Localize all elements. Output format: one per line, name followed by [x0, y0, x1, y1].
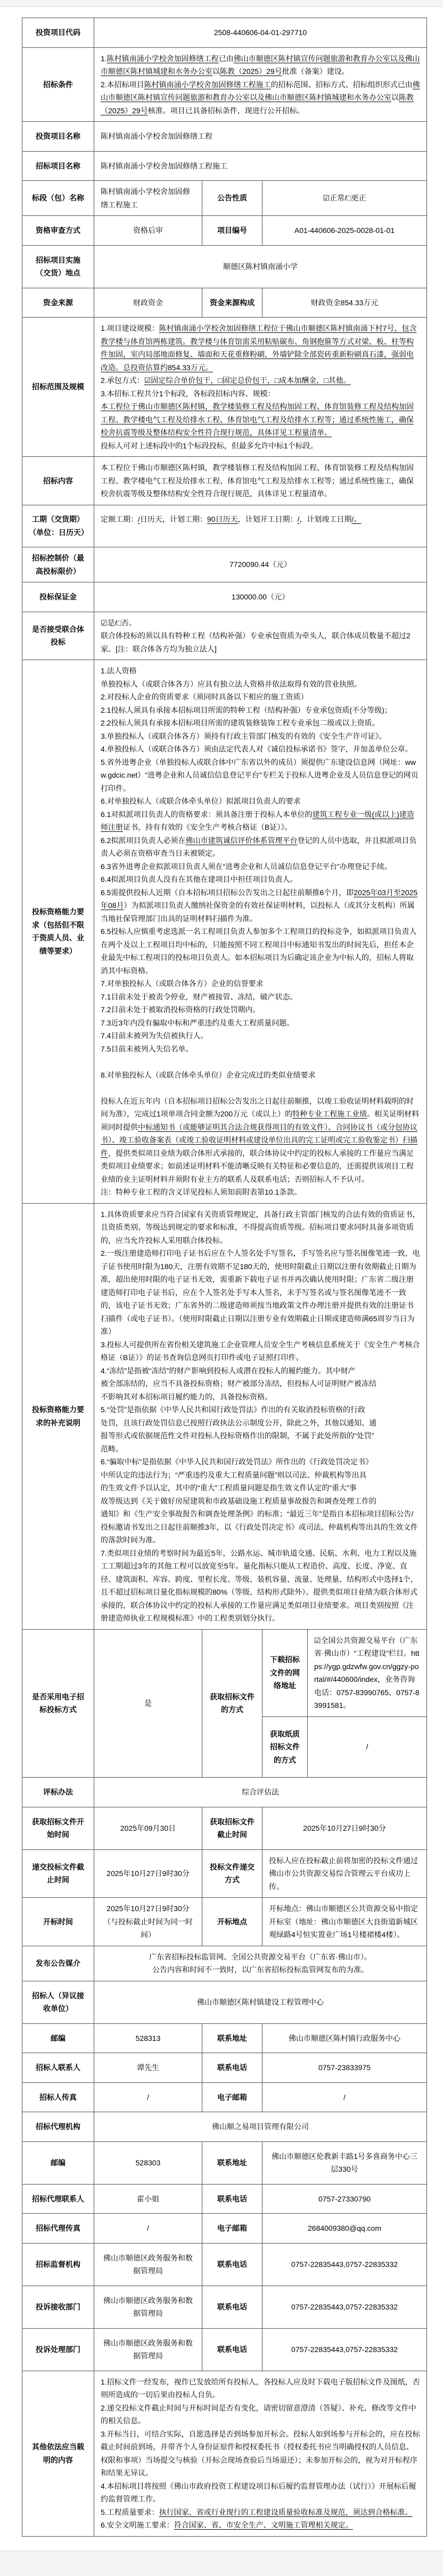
- row-obtain-times: 获取招标文件开始时间 2025年09月30日 获取招标文件截止时间 2025年1…: [22, 1807, 427, 1849]
- tenderer-phone-label: 联系电话: [202, 2053, 262, 2083]
- row-supervision: 招标监督机构 佛山市顺德区政务服务和数据管理局 联系电话 0757-228354…: [22, 2243, 427, 2286]
- control-price-value: 7720090.44（元）: [94, 547, 427, 582]
- other-content-value: 1.招标文件一经发布，视作已发放给所有投标人，各投标人应及时下载电子版招标文件及…: [94, 2371, 427, 2536]
- row-opening: 开标时间 2025年10月27日9时30分（与投标截止时间为同一时间） 开标地点…: [22, 1898, 427, 1946]
- qualification-supplement-value: 1.具体资质要求应当符合国家有关资质管理规定，具备行政主管部门核发的合法有效的资…: [94, 1203, 427, 1629]
- investment-project-name-value: 陈村镇南涌小学校舍加固修缮工程: [94, 122, 427, 152]
- content-value: 本工程位于佛山市顺德区陈村镇，教学楼装修工程及结构加固工程、体育馆装修工程及结构…: [94, 457, 427, 505]
- row-qualification-requirements: 投标资格能力要求（包括但不限于资质人员、业绩等要求） 1.法人资格单独投标人（或…: [22, 660, 427, 1204]
- obtain-start-label: 获取招标文件开始时间: [22, 1807, 94, 1849]
- fund-composition-value: 财政资金854.33万元: [262, 288, 427, 318]
- row-tender-conditions: 招标条件 1.陈村镇南涌小学校舍加固修缮工程已由佛山市顺德区陈村镇宣传问题旅游和…: [22, 47, 427, 122]
- tender-notice-document: 投资项目代码 2508-440606-04-01-297710 招标条件 1.陈…: [0, 7, 443, 2550]
- submission-deadline-label: 递交投标文件截止时间: [22, 1849, 94, 1898]
- opening-place-label: 开标地点: [202, 1898, 262, 1946]
- tenderer-contact-value: 谭先生: [94, 2053, 202, 2083]
- electronic-bidding-value: 是: [94, 1629, 202, 1778]
- scope-value: 1.项目建设规模：陈村镇南涌小学校舍加固修缮工程位于佛山市顺德区陈村镇南涌下村7…: [94, 318, 427, 457]
- complaint-handling-phone-value: 0757-22835443,0757-22835332: [262, 2328, 427, 2371]
- row-fund-source: 资金来源 财政资金 资金来源构成 财政资金854.33万元: [22, 288, 427, 318]
- announcement-media-label: 发布公告媒介: [22, 1946, 94, 1981]
- complaint-receiving-phone-value: 0757-22835443,0757-22835332: [262, 2286, 427, 2328]
- qualification-review-label: 资格审查方式: [22, 216, 94, 246]
- row-evaluation-method: 评标办法 综合评估法: [22, 1778, 427, 1807]
- row-tenderer-contact: 招标人联系人 谭先生 联系电话 0757-23833975: [22, 2053, 427, 2083]
- complaint-receiving-phone-label: 联系电话: [202, 2286, 262, 2328]
- agency-contact-value: 霍小姐: [94, 2184, 202, 2214]
- tenderer-email-label: 电子邮箱: [202, 2082, 262, 2112]
- row-submission: 递交投标文件截止时间 2025年10月27日9时30分 投标文件递交方式 投标人…: [22, 1849, 427, 1898]
- agency-fax-value: /: [94, 2214, 202, 2244]
- row-bid-bond: 投标保证金 130000.00（元）: [22, 582, 427, 612]
- project-number-label: 项目编号: [202, 216, 262, 246]
- complaint-handling-phone-label: 联系电话: [202, 2328, 262, 2371]
- duration-value: 定额工期：/日历天，计划工期：90日历天，计划开工日期：/，计划竣工日期/。: [94, 505, 427, 547]
- row-control-price: 招标控制价（最高投标限价） 7720090.44（元）: [22, 547, 427, 582]
- agency-address-label: 联系地址: [202, 2141, 262, 2184]
- other-content-label: 其他依法应当载明的内容: [22, 2371, 94, 2536]
- row-announcement-media: 发布公告媒介 广东省招标投标监管网、全国公共资源交易平台（广东省·佛山市）。公告…: [22, 1946, 427, 1981]
- opening-time-label: 开标时间: [22, 1898, 94, 1946]
- row-agency-contact: 招标代理联系人 霍小姐 联系电话 0757-27330790: [22, 2184, 427, 2214]
- tenderer-email-value: /: [262, 2082, 427, 2112]
- consortium-label: 是否接受联合体投标: [22, 612, 94, 660]
- opening-time-value: 2025年10月27日9时30分（与投标截止时间为同一时间）: [94, 1898, 202, 1946]
- tender-conditions-value: 1.陈村镇南涌小学校舍加固修缮工程已由佛山市顺德区陈村镇宣传问题旅游和教育办公室…: [94, 47, 427, 122]
- row-investment-project-name: 投资项目名称 陈村镇南涌小学校舍加固修缮工程: [22, 122, 427, 152]
- row-location: 招标项目实施（交货）地点 顺德区陈村镇南涌小学: [22, 245, 427, 288]
- tenderer-fax-value: /: [94, 2082, 202, 2112]
- row-investment-code: 投资项目代码 2508-440606-04-01-297710: [22, 18, 427, 48]
- tenderer-label: 招标人（异议接收单位）: [22, 1981, 94, 2023]
- obtain-start-value: 2025年09月30日: [94, 1807, 202, 1849]
- location-value: 顺德区陈村镇南涌小学: [94, 245, 427, 288]
- row-agency: 招标代理机构 佛山顺之易项目管理有限公司: [22, 2112, 427, 2142]
- obtain-paper-label: 获取纸质招标文件的方式: [262, 1716, 308, 1778]
- section-name-value: 陈村镇南涌小学校舍加固修缮工程施工: [94, 181, 202, 216]
- investment-project-name-label: 投资项目名称: [22, 122, 94, 152]
- row-complaint-handling: 投诉处理部门 佛山市顺德区政务服务和数据管理局 联系电话 0757-228354…: [22, 2328, 427, 2371]
- obtain-download-label: 下载招标文件的网络地址: [262, 1629, 308, 1716]
- project-number-value: A01-440606-2025-0028-01-01: [262, 216, 427, 246]
- agency-email-value: 2684009380@qq.com: [262, 2214, 427, 2244]
- complaint-receiving-label: 投诉接收部门: [22, 2286, 94, 2328]
- tenderer-address-label: 联系地址: [202, 2023, 262, 2053]
- agency-email-label: 电子邮箱: [202, 2214, 262, 2244]
- row-agency-postcode: 邮编 528303 联系地址 佛山市顺德区伦教新丰路1号多喜商务中心三层330号: [22, 2141, 427, 2184]
- row-qualification-review: 资格审查方式 资格后审 项目编号 A01-440606-2025-0028-01…: [22, 216, 427, 246]
- complaint-handling-label: 投诉处理部门: [22, 2328, 94, 2371]
- row-tenderer-postcode: 邮编 528313 联系地址 佛山市顺德区陈村镇行政服务中心: [22, 2023, 427, 2053]
- agency-phone-label: 联系电话: [202, 2184, 262, 2214]
- row-qualification-supplement: 投标资格能力要求的补充说明 1.具体资质要求应当符合国家有关资质管理规定，具备行…: [22, 1203, 427, 1629]
- tenderer-phone-value: 0757-23833975: [262, 2053, 427, 2083]
- agency-phone-value: 0757-27330790: [262, 2184, 427, 2214]
- tender-notice-table: 投资项目代码 2508-440606-04-01-297710 招标条件 1.陈…: [22, 18, 427, 2537]
- obtain-end-value: 2025年10月27日9时30分: [262, 1807, 427, 1849]
- announcement-media-value: 广东省招标投标监管网、全国公共资源交易平台（广东省·佛山市）。公告内容和时间不一…: [94, 1946, 427, 1981]
- row-tenderer: 招标人（异议接收单位） 佛山市顺德区陈村镇建设工程管理中心: [22, 1981, 427, 2023]
- tender-project-name-label: 招标项目名称: [22, 151, 94, 181]
- obtain-method-label: 获取招标文件的方式: [202, 1629, 262, 1778]
- location-label: 招标项目实施（交货）地点: [22, 245, 94, 288]
- qualification-requirements-value: 1.法人资格单独投标人（或联合体各方）应具有独立法人资格并依法取得有效的营业执照…: [94, 660, 427, 1204]
- fund-composition-label: 资金来源构成: [202, 288, 262, 318]
- complaint-handling-value: 佛山市顺德区政务服务和数据管理局: [94, 2328, 202, 2371]
- row-scope: 招标范围及规模 1.项目建设规模：陈村镇南涌小学校舍加固修缮工程位于佛山市顺德区…: [22, 318, 427, 457]
- fund-source-label: 资金来源: [22, 288, 94, 318]
- row-duration: 工期（交货期）（单位：日历天） 定额工期：/日历天，计划工期：90日历天，计划开…: [22, 505, 427, 547]
- tenderer-contact-label: 招标人联系人: [22, 2053, 94, 2083]
- evaluation-method-label: 评标办法: [22, 1778, 94, 1807]
- qualification-requirements-label: 投标资格能力要求（包括但不限于资质人员、业绩等要求）: [22, 660, 94, 1204]
- agency-address-value: 佛山市顺德区伦教新丰路1号多喜商务中心三层330号: [262, 2141, 427, 2184]
- investment-code-label: 投资项目代码: [22, 18, 94, 48]
- notice-nature-label: 公告性质: [202, 181, 262, 216]
- agency-contact-label: 招标代理联系人: [22, 2184, 94, 2214]
- scope-label: 招标范围及规模: [22, 318, 94, 457]
- opening-place-value: 开标地点：佛山市顺德区公共资源交易中指定开标室（地址：佛山市顺德区大良街道新城区…: [262, 1898, 427, 1946]
- row-complaint-receiving: 投诉接收部门 佛山市顺德区政务服务和数据管理局 联系电话 0757-228354…: [22, 2286, 427, 2328]
- agency-fax-label: 招标代理传真: [22, 2214, 94, 2244]
- row-tender-project-name: 招标项目名称 陈村镇南涌小学校舍加固修缮工程施工: [22, 151, 427, 181]
- page-top-strip: [0, 0, 443, 7]
- agency-postcode-value: 528303: [94, 2141, 202, 2184]
- row-consortium: 是否接受联合体投标 ☑是/□否。联合体投标的须以具有特种工程（结构补强）专业承包…: [22, 612, 427, 660]
- supervision-value: 佛山市顺德区政务服务和数据管理局: [94, 2243, 202, 2286]
- notice-nature-value: ☑正常/□更正: [262, 181, 427, 216]
- row-electronic-bidding: 是否采用电子招标投标方式 是 获取招标文件的方式 下载招标文件的网络地址 ☑全国…: [22, 1629, 427, 1716]
- electronic-bidding-label: 是否采用电子招标投标方式: [22, 1629, 94, 1778]
- complaint-receiving-value: 佛山市顺德区政务服务和数据管理局: [94, 2286, 202, 2328]
- page-footer-strip: [0, 2550, 443, 2576]
- agency-label: 招标代理机构: [22, 2112, 94, 2142]
- tenderer-fax-label: 招标人传真: [22, 2082, 94, 2112]
- supervision-phone-value: 0757-22835443,0757-22835332: [262, 2243, 427, 2286]
- obtain-end-label: 获取招标文件截止时间: [202, 1807, 262, 1849]
- submission-deadline-value: 2025年10月27日9时30分: [94, 1849, 202, 1898]
- bid-bond-label: 投标保证金: [22, 582, 94, 612]
- obtain-download-value: ☑全国公共资源交易平台（广东省·佛山市）“工程建设”栏目。https://ygp…: [308, 1629, 427, 1716]
- qualification-review-value: 资格后审: [94, 216, 202, 246]
- row-tenderer-fax: 招标人传真 / 电子邮箱 /: [22, 2082, 427, 2112]
- tender-project-name-value: 陈村镇南涌小学校舍加固修缮工程施工: [94, 151, 427, 181]
- row-content: 招标内容 本工程位于佛山市顺德区陈村镇，教学楼装修工程及结构加固工程、体育馆装修…: [22, 457, 427, 505]
- tenderer-address-value: 佛山市顺德区陈村镇行政服务中心: [262, 2023, 427, 2053]
- qualification-supplement-label: 投标资格能力要求的补充说明: [22, 1203, 94, 1629]
- agency-postcode-label: 邮编: [22, 2141, 94, 2184]
- obtain-paper-value: /: [308, 1716, 427, 1778]
- submission-method-value: 投标人应在投标截止前将加密的投标文件通过佛山市公共资源交易综合管理云平台成功上传…: [262, 1849, 427, 1898]
- supervision-label: 招标监督机构: [22, 2243, 94, 2286]
- consortium-value: ☑是/□否。联合体投标的须以具有特种工程（结构补强）专业承包资质为牵头人，联合体…: [94, 612, 427, 660]
- tender-conditions-label: 招标条件: [22, 47, 94, 122]
- control-price-label: 招标控制价（最高投标限价）: [22, 547, 94, 582]
- row-agency-fax: 招标代理传真 / 电子邮箱 2684009380@qq.com: [22, 2214, 427, 2244]
- row-section-name: 标段（包）名称 陈村镇南涌小学校舍加固修缮工程施工 公告性质 ☑正常/□更正: [22, 181, 427, 216]
- section-name-label: 标段（包）名称: [22, 181, 94, 216]
- agency-value: 佛山顺之易项目管理有限公司: [94, 2112, 427, 2142]
- submission-method-label: 投标文件递交方式: [202, 1849, 262, 1898]
- tenderer-postcode-value: 528313: [94, 2023, 202, 2053]
- tenderer-postcode-label: 邮编: [22, 2023, 94, 2053]
- investment-code-value: 2508-440606-04-01-297710: [94, 18, 427, 48]
- content-label: 招标内容: [22, 457, 94, 505]
- supervision-phone-label: 联系电话: [202, 2243, 262, 2286]
- bid-bond-value: 130000.00（元）: [94, 582, 427, 612]
- row-other-content: 其他依法应当载明的内容 1.招标文件一经发布，视作已发放给所有投标人，各投标人应…: [22, 2371, 427, 2536]
- fund-source-value: 财政资金: [94, 288, 202, 318]
- duration-label: 工期（交货期）（单位：日历天）: [22, 505, 94, 547]
- evaluation-method-value: 综合评估法: [94, 1778, 427, 1807]
- tenderer-value: 佛山市顺德区陈村镇建设工程管理中心: [94, 1981, 427, 2023]
